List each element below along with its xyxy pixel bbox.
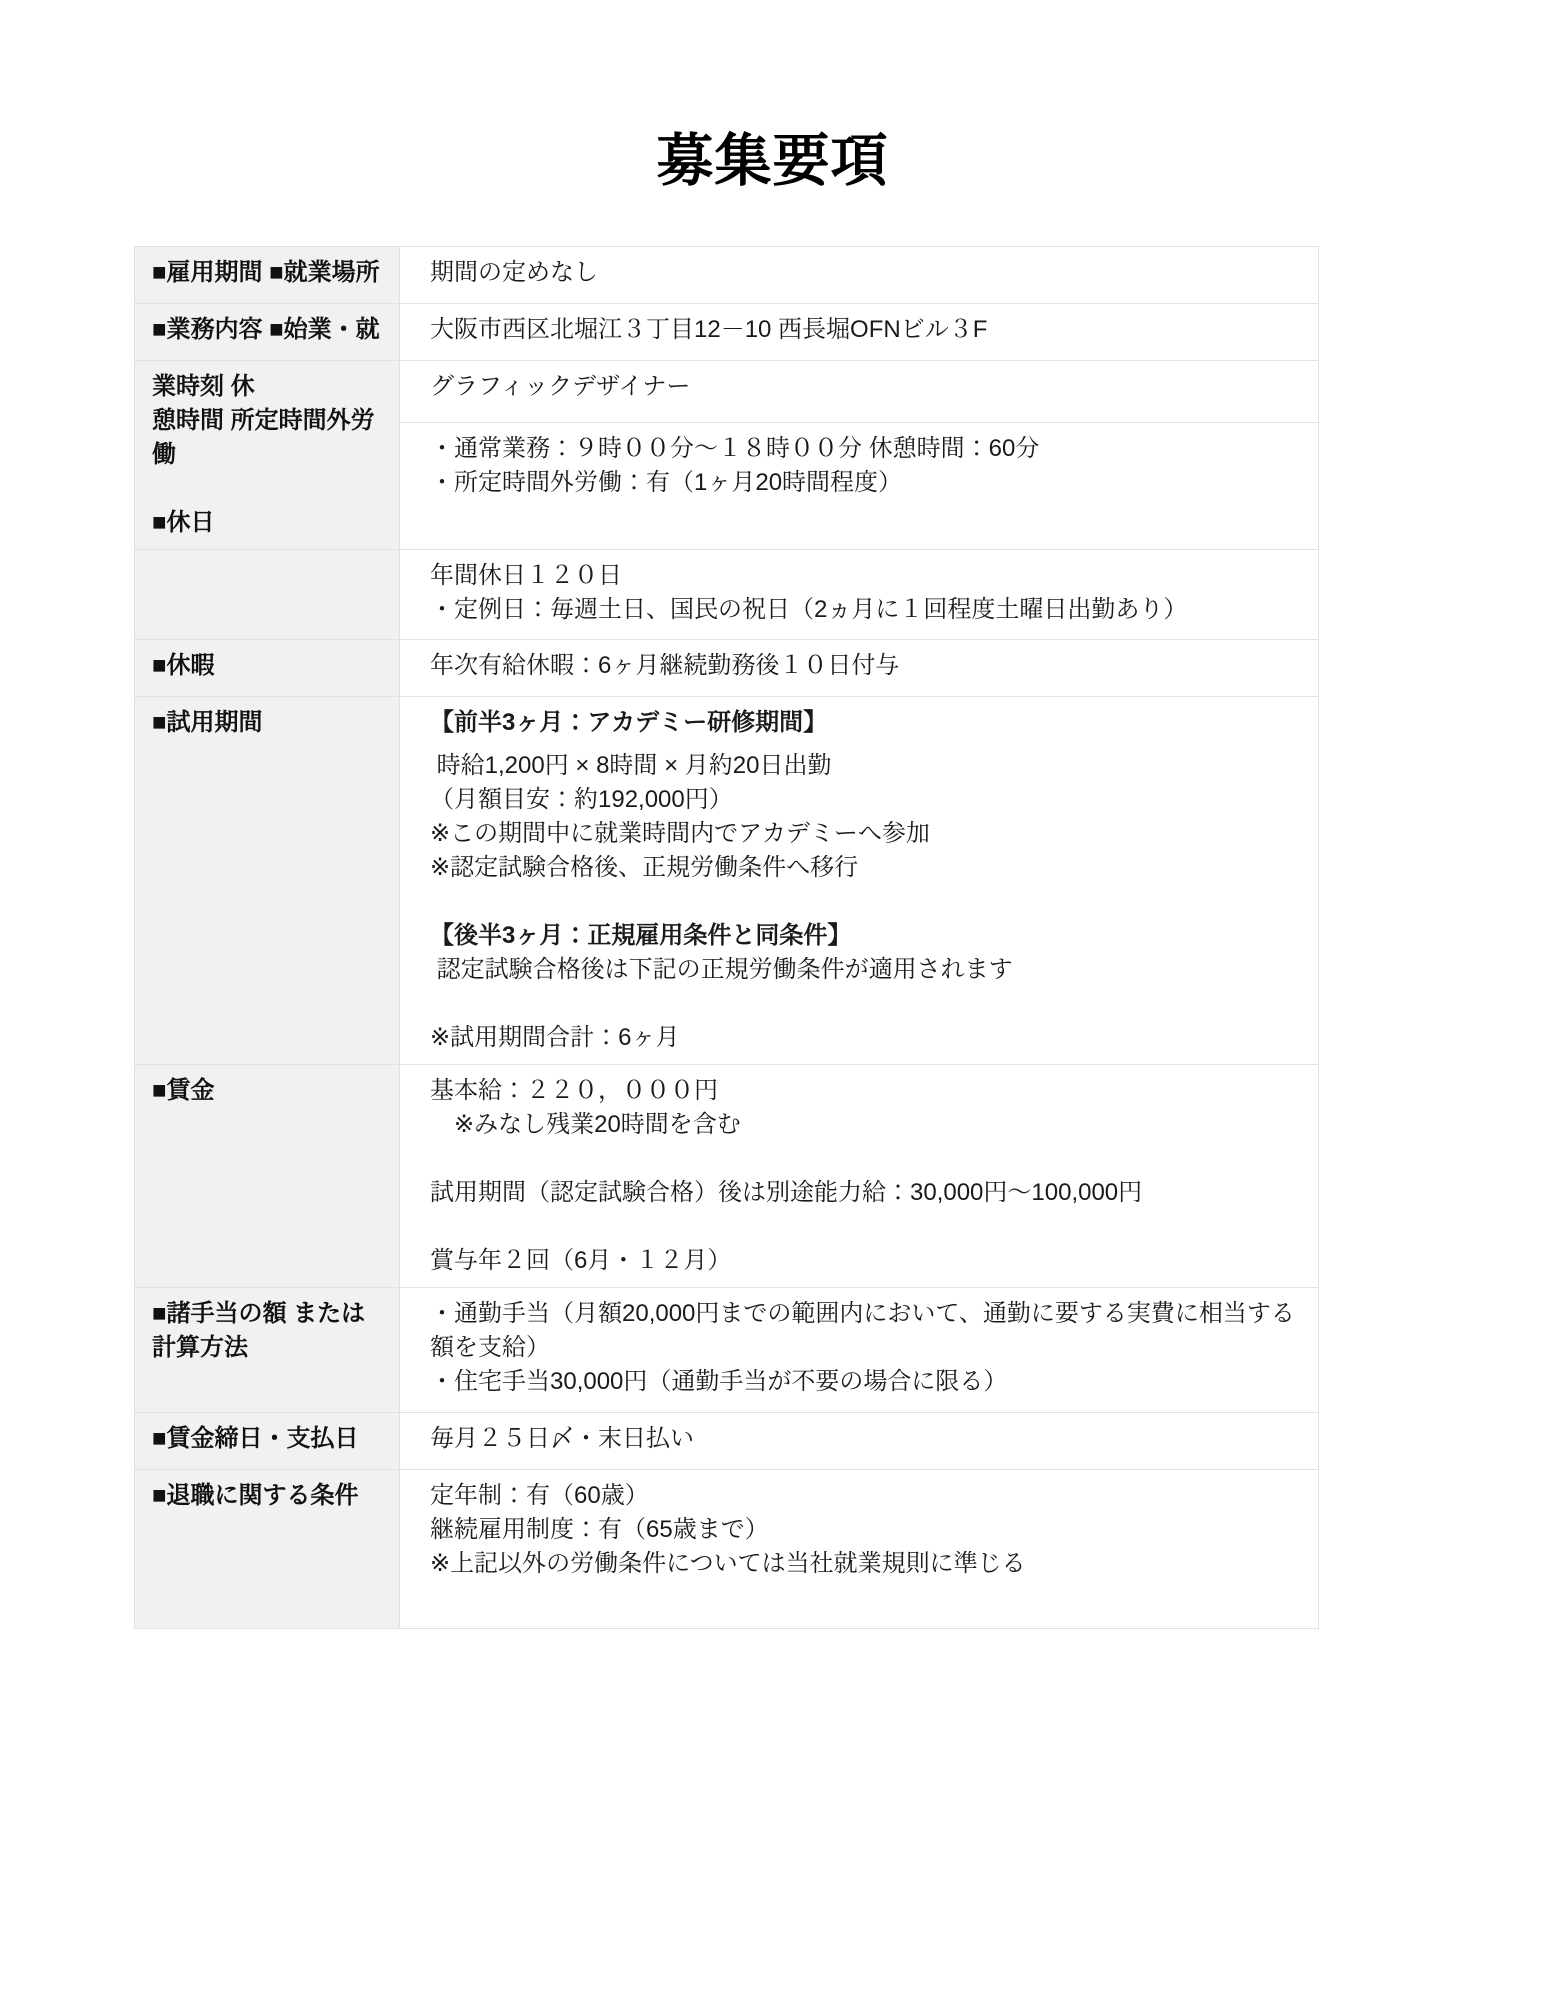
content-line: （月額目安：約192,000円） xyxy=(430,783,1298,817)
row-content-paid-leave: 年次有給休暇：6ヶ月継続勤務後１０日付与 xyxy=(400,640,1319,697)
table-row-payday: ■賃金締日・支払日毎月２５日〆・末日払い xyxy=(135,1413,1319,1470)
content-line: 賞与年２回（6月・１２月） xyxy=(430,1244,1298,1278)
content-spacer xyxy=(430,1210,1298,1244)
row-label-allowances: ■諸手当の額 または 計算方法 xyxy=(135,1288,400,1413)
content-line: ※試用期間合計：6ヶ月 xyxy=(430,1021,1298,1055)
document-page: 募集要項 ■雇用期間 ■就業場所期間の定めなし■業務内容 ■始業・就大阪市西区北… xyxy=(0,0,1545,1999)
row-content-payday: 毎月２５日〆・末日払い xyxy=(400,1413,1319,1470)
content-line: 基本給：２２０，０００円 xyxy=(430,1074,1298,1108)
content-line: ・通常業務：９時００分〜１８時００分 休憩時間：60分 xyxy=(430,432,1298,466)
row-content-job-title: グラフィックデザイナー xyxy=(400,361,1319,423)
row-content-annual-holidays: 年間休日１２０日・定例日：毎週土日、国民の祝日（2ヵ月に１回程度土曜日出勤あり） xyxy=(400,550,1319,640)
row-label-job-title: 業時刻 休 憩時間 所定時間外労 働 ■休日 xyxy=(135,361,400,550)
content-line: 年間休日１２０日 xyxy=(430,559,1298,593)
content-line: ・住宅手当30,000円（通勤手当が不要の場合に限る） xyxy=(430,1365,1298,1399)
content-line: 年次有給休暇：6ヶ月継続勤務後１０日付与 xyxy=(430,649,1298,683)
content-line: ※みなし残業20時間を含む xyxy=(430,1108,1298,1142)
row-content-working-hours: ・通常業務：９時００分〜１８時００分 休憩時間：60分・所定時間外労働：有（1ヶ… xyxy=(400,422,1319,549)
row-label-work-location: ■業務内容 ■始業・就 xyxy=(135,304,400,361)
content-line: 【後半3ヶ月：正規雇用条件と同条件】 xyxy=(430,919,1298,953)
row-content-work-location: 大阪市西区北堀江３丁目12－10 西長堀OFNビル３F xyxy=(400,304,1319,361)
table-row-annual-holidays: 年間休日１２０日・定例日：毎週土日、国民の祝日（2ヵ月に１回程度土曜日出勤あり） xyxy=(135,550,1319,640)
content-line: グラフィックデザイナー xyxy=(430,370,1298,404)
content-spacer xyxy=(430,885,1298,919)
row-content-retirement-conditions: 定年制：有（60歳）継続雇用制度：有（65歳まで）※上記以外の労働条件については… xyxy=(400,1470,1319,1629)
content-line: 大阪市西区北堀江３丁目12－10 西長堀OFNビル３F xyxy=(430,313,1298,347)
table-row-paid-leave: ■休暇年次有給休暇：6ヶ月継続勤務後１０日付与 xyxy=(135,640,1319,697)
page-title: 募集要項 xyxy=(0,0,1545,190)
row-content-employment-period: 期間の定めなし xyxy=(400,247,1319,304)
row-label-annual-holidays xyxy=(135,550,400,640)
content-line: 【前半3ヶ月：アカデミー研修期間】 xyxy=(430,706,1298,740)
row-label-retirement-conditions: ■退職に関する条件 xyxy=(135,1470,400,1629)
content-line: 毎月２５日〆・末日払い xyxy=(430,1422,1298,1456)
content-spacer xyxy=(430,987,1298,1021)
content-line: 時給1,200円 × 8時間 × 月約20日出勤 xyxy=(430,749,1298,783)
table-row-wages: ■賃金基本給：２２０，０００円 ※みなし残業20時間を含む試用期間（認定試験合格… xyxy=(135,1065,1319,1288)
row-content-probation-period: 【前半3ヶ月：アカデミー研修期間】 時給1,200円 × 8時間 × 月約20日… xyxy=(400,697,1319,1065)
content-spacer xyxy=(430,740,1298,749)
table-row-job-title: 業時刻 休 憩時間 所定時間外労 働 ■休日グラフィックデザイナー xyxy=(135,361,1319,423)
content-line: 試用期間（認定試験合格）後は別途能力給：30,000円〜100,000円 xyxy=(430,1176,1298,1210)
row-label-wages: ■賃金 xyxy=(135,1065,400,1288)
content-line: ※認定試験合格後、正規労働条件へ移行 xyxy=(430,851,1298,885)
content-spacer xyxy=(430,1142,1298,1176)
row-label-payday: ■賃金締日・支払日 xyxy=(135,1413,400,1470)
row-content-wages: 基本給：２２０，０００円 ※みなし残業20時間を含む試用期間（認定試験合格）後は… xyxy=(400,1065,1319,1288)
table-row-allowances: ■諸手当の額 または 計算方法・通勤手当（月額20,000円までの範囲内において… xyxy=(135,1288,1319,1413)
row-label-probation-period: ■試用期間 xyxy=(135,697,400,1065)
content-line: 定年制：有（60歳） xyxy=(430,1479,1298,1513)
content-line: ※この期間中に就業時間内でアカデミーへ参加 xyxy=(430,817,1298,851)
table-row-retirement-conditions: ■退職に関する条件定年制：有（60歳）継続雇用制度：有（65歳まで）※上記以外の… xyxy=(135,1470,1319,1629)
recruitment-spec-table: ■雇用期間 ■就業場所期間の定めなし■業務内容 ■始業・就大阪市西区北堀江３丁目… xyxy=(134,246,1319,1629)
content-line: 継続雇用制度：有（65歳まで） xyxy=(430,1513,1298,1547)
row-content-allowances: ・通勤手当（月額20,000円までの範囲内において、通勤に要する実費に相当する額… xyxy=(400,1288,1319,1413)
row-label-paid-leave: ■休暇 xyxy=(135,640,400,697)
table-row-employment-period: ■雇用期間 ■就業場所期間の定めなし xyxy=(135,247,1319,304)
row-label-employment-period: ■雇用期間 ■就業場所 xyxy=(135,247,400,304)
table-row-work-location: ■業務内容 ■始業・就大阪市西区北堀江３丁目12－10 西長堀OFNビル３F xyxy=(135,304,1319,361)
content-line: ・所定時間外労働：有（1ヶ月20時間程度） xyxy=(430,466,1298,500)
content-line: ※上記以外の労働条件については当社就業規則に準じる xyxy=(430,1547,1298,1581)
content-line: ・定例日：毎週土日、国民の祝日（2ヵ月に１回程度土曜日出勤あり） xyxy=(430,593,1298,627)
table-row-probation-period: ■試用期間【前半3ヶ月：アカデミー研修期間】 時給1,200円 × 8時間 × … xyxy=(135,697,1319,1065)
content-line: 期間の定めなし xyxy=(430,256,1298,290)
content-line: ・通勤手当（月額20,000円までの範囲内において、通勤に要する実費に相当する額… xyxy=(430,1297,1298,1365)
content-line: 認定試験合格後は下記の正規労働条件が適用されます xyxy=(430,953,1298,987)
